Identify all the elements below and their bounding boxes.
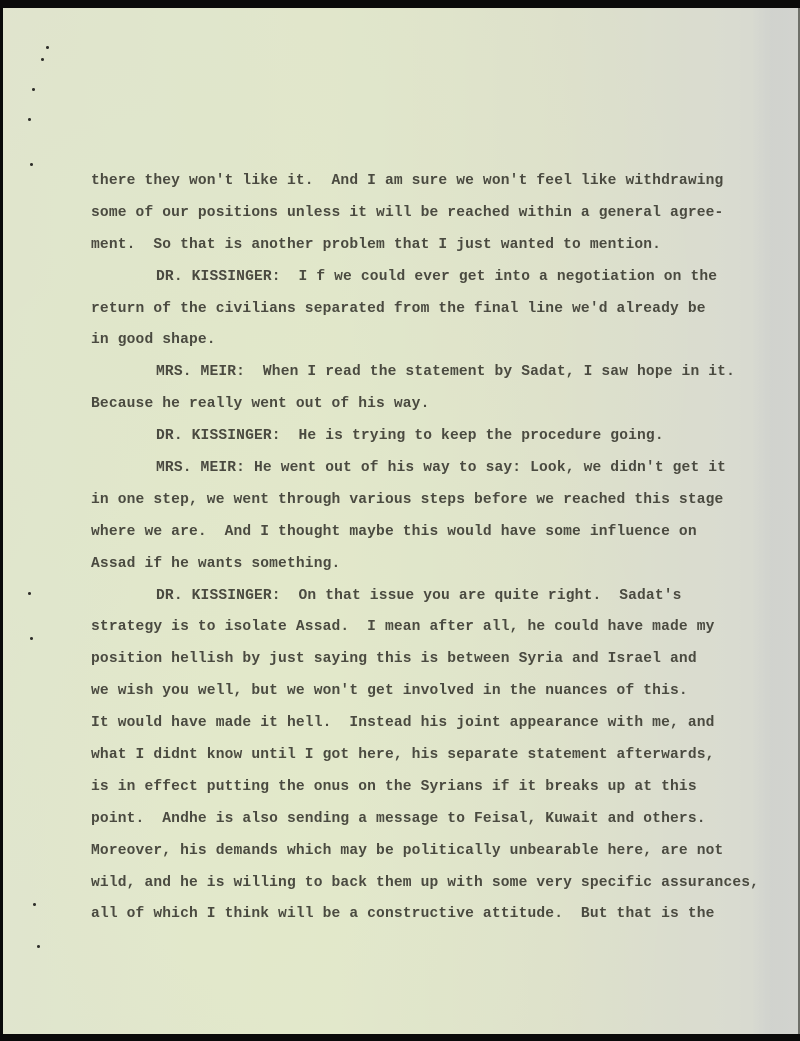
text-line: strategy is to isolate Assad. I mean aft… bbox=[91, 616, 800, 648]
speaker-line: MRS. MEIR: When I read the statement by … bbox=[91, 361, 800, 393]
scanned-document-page: there they won't like it. And I am sure … bbox=[3, 8, 800, 1034]
transcript-body: there they won't like it. And I am sure … bbox=[91, 170, 800, 935]
speaker-line: DR. KISSINGER: I f we could ever get int… bbox=[91, 266, 800, 298]
margin-dot bbox=[37, 945, 40, 948]
speaker-line: MRS. MEIR: He went out of his way to say… bbox=[91, 457, 800, 489]
margin-dot bbox=[30, 163, 33, 166]
speaker-line: DR. KISSINGER: He is trying to keep the … bbox=[91, 425, 800, 457]
text-line: some of our positions unless it will be … bbox=[91, 202, 800, 234]
text-line: position hellish by just saying this is … bbox=[91, 648, 800, 680]
text-line: we wish you well, but we won't get invol… bbox=[91, 680, 800, 712]
margin-dot bbox=[32, 88, 35, 91]
text-line: return of the civilians separated from t… bbox=[91, 298, 800, 330]
text-line: all of which I think will be a construct… bbox=[91, 903, 800, 935]
text-line: Because he really went out of his way. bbox=[91, 393, 800, 425]
text-line: what I didnt know until I got here, his … bbox=[91, 744, 800, 776]
margin-dot bbox=[28, 118, 31, 121]
text-line: It would have made it hell. Instead his … bbox=[91, 712, 800, 744]
text-line: is in effect putting the onus on the Syr… bbox=[91, 776, 800, 808]
text-line: wild, and he is willing to back them up … bbox=[91, 872, 800, 904]
text-line: in one step, we went through various ste… bbox=[91, 489, 800, 521]
text-line: where we are. And I thought maybe this w… bbox=[91, 521, 800, 553]
text-line: Assad if he wants something. bbox=[91, 553, 800, 585]
speaker-line: DR. KISSINGER: On that issue you are qui… bbox=[91, 585, 800, 617]
margin-dot bbox=[28, 592, 31, 595]
text-line: in good shape. bbox=[91, 329, 800, 361]
text-line: ment. So that is another problem that I … bbox=[91, 234, 800, 266]
text-line: Moreover, his demands which may be polit… bbox=[91, 840, 800, 872]
text-line: there they won't like it. And I am sure … bbox=[91, 170, 800, 202]
margin-dot bbox=[41, 58, 44, 61]
margin-dot bbox=[30, 637, 33, 640]
margin-dot bbox=[33, 903, 36, 906]
text-line: point. Andhe is also sending a message t… bbox=[91, 808, 800, 840]
margin-dot bbox=[46, 46, 49, 49]
